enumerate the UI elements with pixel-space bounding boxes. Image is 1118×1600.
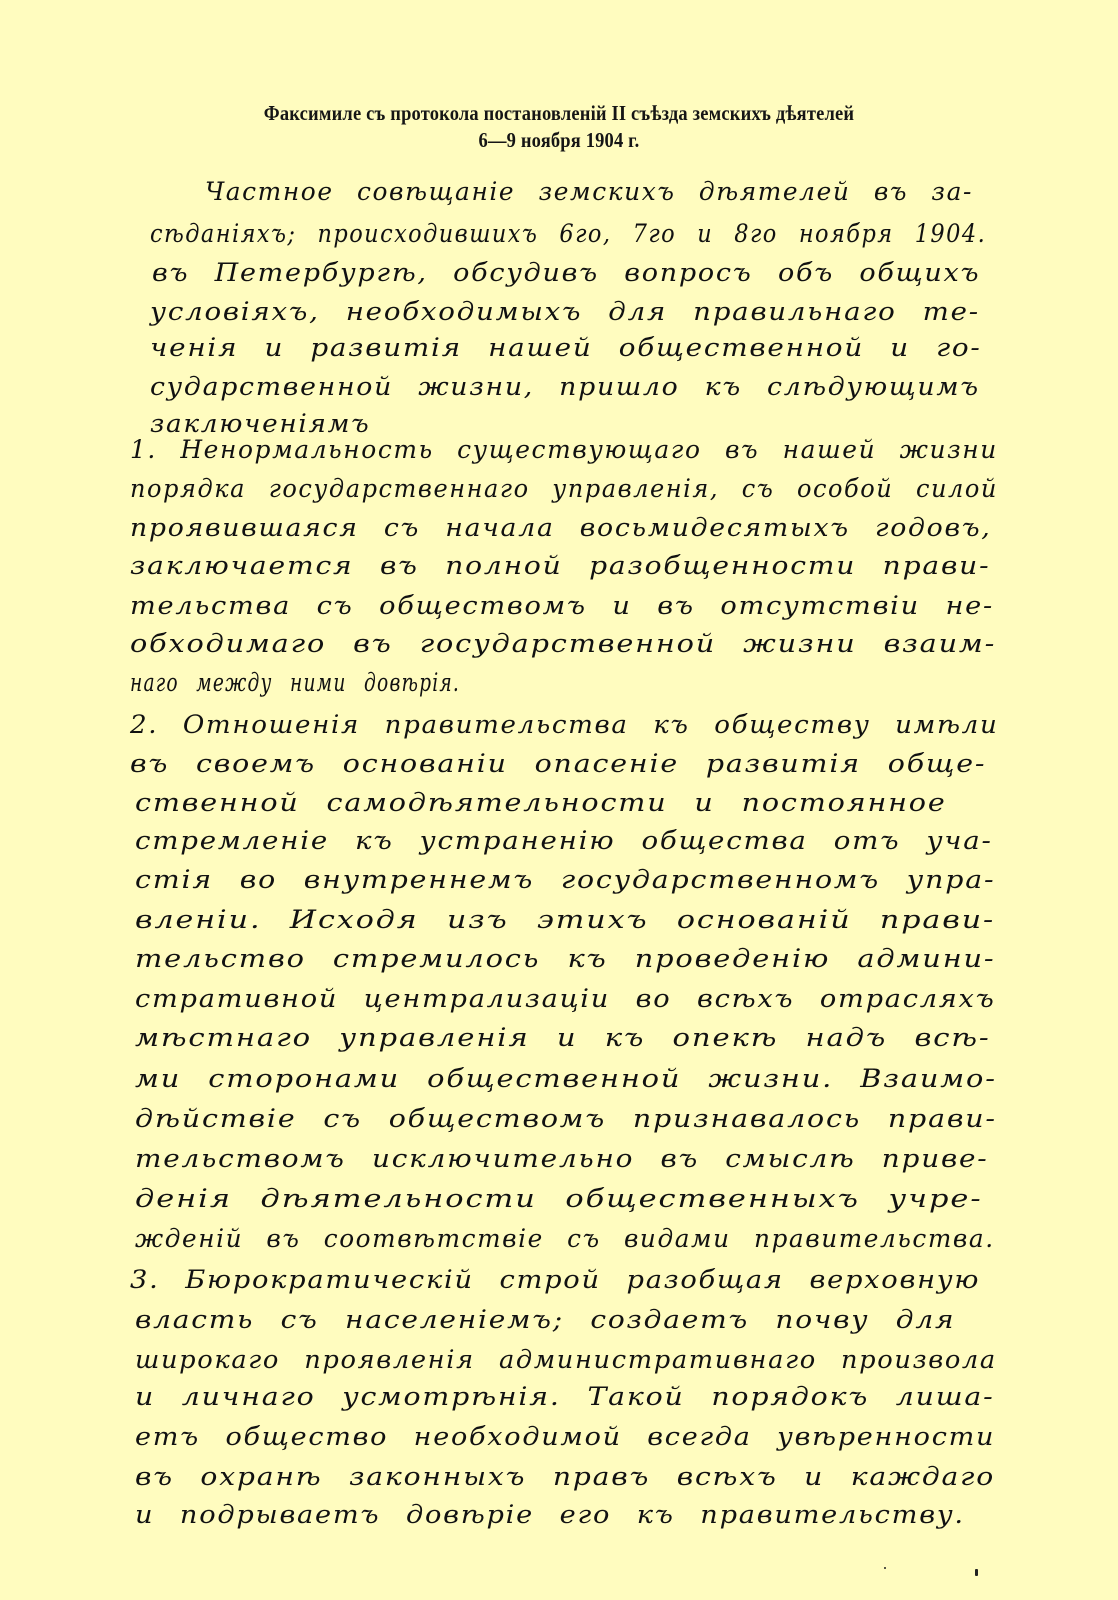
ink-speck — [884, 1567, 886, 1569]
manuscript-line: стративной централизаціи во всѣхъ отрасл… — [135, 984, 996, 1013]
manuscript-line: сударственной жизни, пришло къ слѣдующим… — [150, 372, 980, 401]
manuscript-line: тельство стремилось къ проведенію админи… — [135, 944, 996, 973]
manuscript-line: 2. Отношенія правительства къ обществу и… — [130, 710, 998, 739]
manuscript-line: проявившаяся съ начала восьмидесятыхъ го… — [130, 513, 991, 542]
manuscript-line: заключается въ полной разобщенности прав… — [130, 551, 990, 580]
manuscript-line: ми сторонами общественной жизни. Взаимо- — [135, 1064, 997, 1093]
manuscript-line: стія во внутреннемъ государственномъ упр… — [135, 865, 995, 894]
heading-line-2: 6—9 ноября 1904 г. — [67, 127, 1051, 154]
manuscript-line: и подрываетъ довѣріе его къ правительств… — [135, 1500, 965, 1529]
manuscript-line: въ своемъ основаніи опасеніе развитія об… — [130, 749, 986, 778]
manuscript-line: заключеніямъ — [150, 409, 370, 438]
facsimile-page: Факсимиле съ протокола постановленій II … — [0, 0, 1118, 1600]
manuscript-line: власть съ населеніемъ; создаетъ почву дл… — [135, 1305, 955, 1334]
manuscript-line: стремленіе къ устраненію общества отъ уч… — [135, 826, 993, 855]
manuscript-line: наго между ними довѣрія. — [130, 668, 460, 697]
manuscript-line: и личнаго усмотрѣнія. Такой порядокъ лиш… — [135, 1382, 995, 1411]
manuscript-line: 1. Ненормальность существующаго въ нашей… — [130, 435, 998, 464]
manuscript-line: 3. Бюрократическій строй разобщая верхов… — [130, 1265, 980, 1294]
manuscript-line: въ Петербургѣ, обсудивъ вопросъ объ общи… — [152, 258, 980, 287]
manuscript-line: Частное совѣщаніе земскихъ дѣятелей въ з… — [205, 177, 973, 206]
manuscript-line: вленіи. Исходя изъ этихъ основаній прави… — [135, 905, 995, 934]
manuscript-line: ственной самодѣятельности и постоянное — [135, 788, 947, 817]
manuscript-line: жденій въ соотвѣтствіе съ видами правите… — [135, 1224, 995, 1253]
manuscript-line: денія дѣятельности общественныхъ учре- — [135, 1184, 983, 1213]
manuscript-line: тельствомъ исключительно въ смыслѣ приве… — [135, 1144, 989, 1173]
manuscript-line: условіяхъ, необходимыхъ для правильнаго … — [150, 297, 980, 326]
manuscript-line: тельства съ обществомъ и въ отсутствіи н… — [130, 591, 994, 620]
manuscript-line: етъ общество необходимой всегда увѣренно… — [135, 1422, 995, 1451]
heading-line-1: Факсимиле съ протокола постановленій II … — [67, 100, 1051, 127]
ink-speck — [975, 1569, 978, 1576]
manuscript-line: ченія и развитія нашей общественной и го… — [150, 333, 982, 362]
manuscript-line: порядка государственнаго управленія, съ … — [130, 474, 998, 503]
document-heading: Факсимиле съ протокола постановленій II … — [67, 100, 1051, 154]
manuscript-line: сѣданіяхъ; происходившихъ 6го, 7го и 8го… — [150, 219, 986, 248]
manuscript-line: обходимаго въ государственной жизни взаи… — [130, 629, 996, 658]
manuscript-line: мѣстнаго управленія и къ опекѣ надъ всѣ- — [135, 1023, 991, 1052]
manuscript-line: широкаго проявленія административнаго пр… — [135, 1345, 997, 1374]
manuscript-line: въ охранѣ законныхъ правъ всѣхъ и каждаг… — [135, 1462, 995, 1491]
manuscript-line: дѣйствіе съ обществомъ признавалось прав… — [135, 1104, 997, 1133]
